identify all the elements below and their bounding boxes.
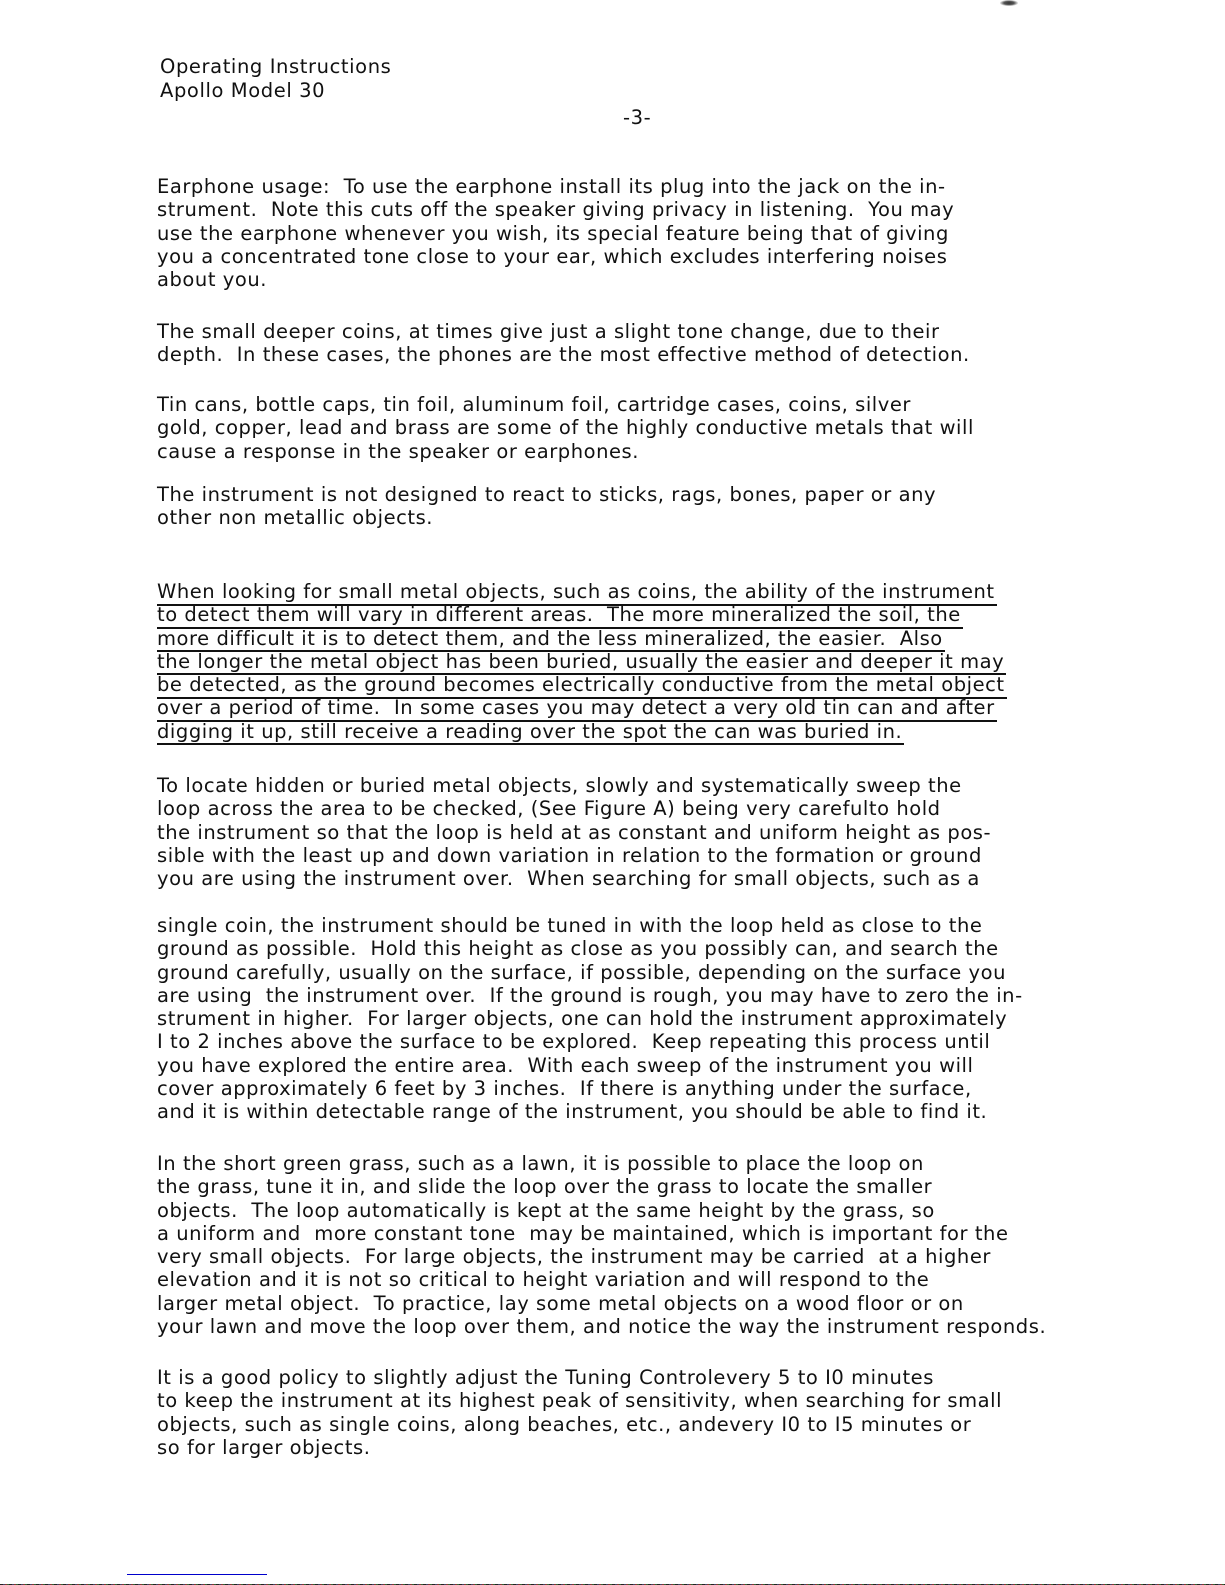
text-line: be detected, as the ground becomes elect… [157, 675, 1007, 699]
text-line: depth. In these cases, the phones are th… [157, 343, 970, 366]
text-line: you a concentrated tone close to your ea… [157, 245, 954, 268]
text-line: I to 2 inches above the surface to be ex… [157, 1030, 1023, 1053]
text-line: In the short green grass, such as a lawn… [157, 1152, 1046, 1175]
text-line: to detect them will vary in different ar… [157, 605, 963, 629]
paragraph-non-metallic: The instrument is not designed to react … [157, 483, 936, 530]
text-line: very small objects. For large objects, t… [157, 1245, 1046, 1268]
underlined-row: be detected, as the ground becomes elect… [157, 673, 1007, 696]
text-line: Tin cans, bottle caps, tin foil, aluminu… [157, 393, 974, 416]
text-line: use the earphone whenever you wish, its … [157, 222, 954, 245]
text-line: over a period of time. In some cases you… [157, 698, 997, 722]
paragraph-tuning-policy: It is a good policy to slightly adjust t… [157, 1366, 1002, 1459]
text-line: the instrument so that the loop is held … [157, 821, 991, 844]
text-line: sible with the least up and down variati… [157, 844, 991, 867]
scan-artifact-line [127, 1574, 267, 1575]
underlined-row: digging it up, still receive a reading o… [157, 720, 1007, 743]
document-page: Operating Instructions Apollo Model 30 -… [0, 0, 1225, 1585]
paragraph-small-deeper-coins: The small deeper coins, at times give ju… [157, 320, 970, 367]
paragraph-mineralized-soil: When looking for small metal objects, su… [157, 580, 1007, 743]
text-line: ground as possible. Hold this height as … [157, 937, 1023, 960]
underlined-row: over a period of time. In some cases you… [157, 696, 1007, 719]
text-line: more difficult it is to detect them, and… [157, 629, 945, 653]
text-line: The small deeper coins, at times give ju… [157, 320, 970, 343]
text-line: to keep the instrument at its highest pe… [157, 1389, 1002, 1412]
page-number: -3- [623, 106, 651, 129]
text-line: ground carefully, usually on the surface… [157, 961, 1023, 984]
header-model: Apollo Model 30 [160, 79, 391, 103]
text-line: the grass, tune it in, and slide the loo… [157, 1175, 1046, 1198]
text-line: so for larger objects. [157, 1436, 1002, 1459]
text-line: It is a good policy to slightly adjust t… [157, 1366, 1002, 1389]
text-line: you are using the instrument over. When … [157, 867, 991, 890]
text-line: cover approximately 6 feet by 3 inches. … [157, 1077, 1023, 1100]
text-line: The instrument is not designed to react … [157, 483, 936, 506]
text-line: gold, copper, lead and brass are some of… [157, 416, 974, 439]
underlined-row: more difficult it is to detect them, and… [157, 627, 1007, 650]
text-line: To locate hidden or buried metal objects… [157, 774, 991, 797]
text-line: and it is within detectable range of the… [157, 1100, 1023, 1123]
document-header: Operating Instructions Apollo Model 30 [160, 55, 391, 103]
paragraph-conductive-metals: Tin cans, bottle caps, tin foil, aluminu… [157, 393, 974, 463]
text-line: a uniform and more constant tone may be … [157, 1222, 1046, 1245]
text-line: digging it up, still receive a reading o… [157, 722, 904, 746]
text-line: larger metal object. To practice, lay so… [157, 1292, 1046, 1315]
text-line: your lawn and move the loop over them, a… [157, 1315, 1046, 1338]
text-line: other non metallic objects. [157, 506, 936, 529]
text-line: single coin, the instrument should be tu… [157, 914, 1023, 937]
text-line: strument. Note this cuts off the speaker… [157, 198, 954, 221]
text-line: elevation and it is not so critical to h… [157, 1268, 1046, 1291]
paragraph-earphone-usage: Earphone usage: To use the earphone inst… [157, 175, 954, 291]
paragraph-single-coin: single coin, the instrument should be tu… [157, 914, 1023, 1124]
header-title: Operating Instructions [160, 55, 391, 79]
text-line: loop across the area to be checked, (See… [157, 797, 991, 820]
text-line: Earphone usage: To use the earphone inst… [157, 175, 954, 198]
text-line: objects. The loop automatically is kept … [157, 1199, 1046, 1222]
underlined-row: When looking for small metal objects, su… [157, 580, 1007, 603]
text-line: objects, such as single coins, along bea… [157, 1413, 1002, 1436]
text-line: the longer the metal object has been bur… [157, 652, 1006, 676]
text-line: about you. [157, 268, 954, 291]
underlined-row: to detect them will vary in different ar… [157, 603, 1007, 626]
paragraph-short-grass: In the short green grass, such as a lawn… [157, 1152, 1046, 1338]
text-line: cause a response in the speaker or earph… [157, 440, 974, 463]
text-line: you have explored the entire area. With … [157, 1054, 1023, 1077]
paragraph-locate-hidden: To locate hidden or buried metal objects… [157, 774, 991, 890]
scan-smudge [1000, 0, 1018, 6]
underlined-row: the longer the metal object has been bur… [157, 650, 1007, 673]
text-line: are using the instrument over. If the gr… [157, 984, 1023, 1007]
text-line: strument in higher. For larger objects, … [157, 1007, 1023, 1030]
text-line: When looking for small metal objects, su… [157, 582, 997, 606]
